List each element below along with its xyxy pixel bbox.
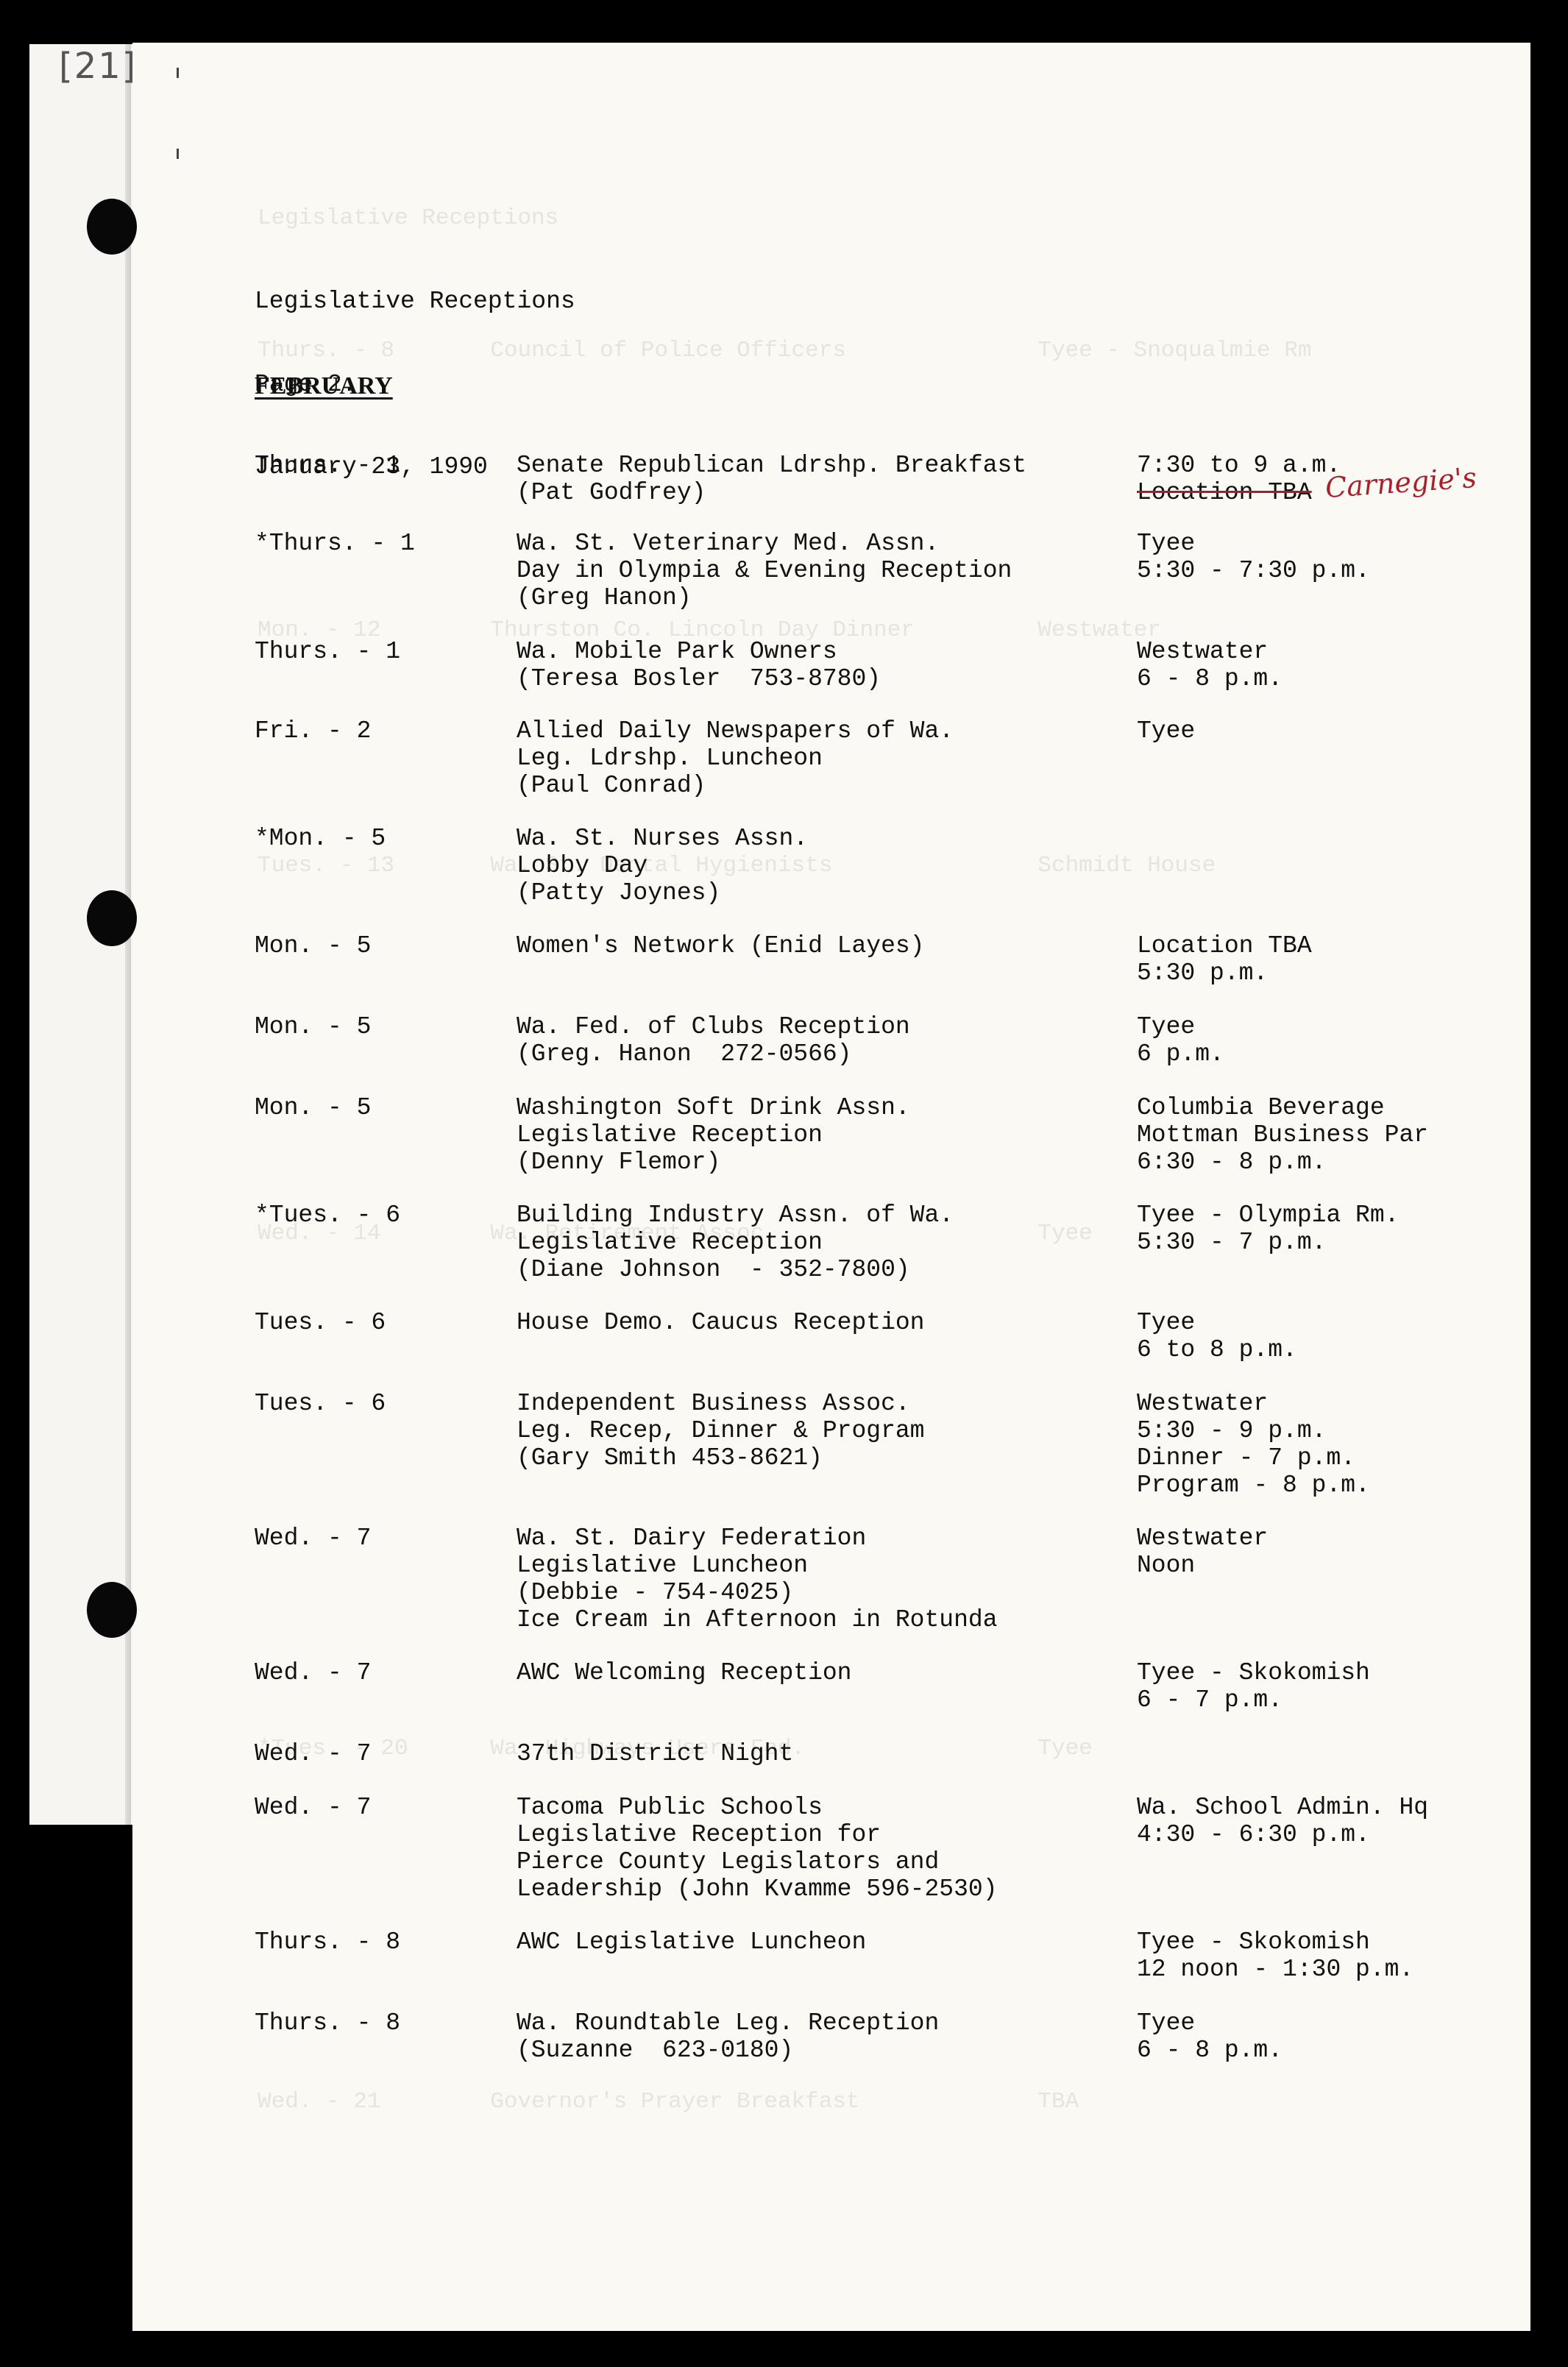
- location-line: Westwater: [1137, 1390, 1549, 1417]
- location-line: Noon: [1137, 1552, 1549, 1579]
- description-line: Tacoma Public Schools: [517, 1794, 1127, 1821]
- location-line: 6:30 - 8 p.m.: [1137, 1149, 1549, 1176]
- description-line: Independent Business Assoc.: [517, 1390, 1127, 1417]
- entry-description: Tacoma Public SchoolsLegislative Recepti…: [517, 1794, 1127, 1903]
- description-line: Leg. Recep, Dinner & Program: [517, 1417, 1127, 1444]
- entry-date: Wed. - 7: [255, 1740, 505, 1767]
- margin-mark: [177, 149, 179, 159]
- location-line: 5:30 - 7:30 p.m.: [1137, 557, 1549, 584]
- location-line: 6 p.m.: [1137, 1040, 1549, 1068]
- description-line: Legislative Reception: [517, 1121, 1127, 1149]
- location-line: Location TBA: [1137, 932, 1549, 959]
- binder-hole: [87, 199, 137, 255]
- location-line: 5:30 p.m.: [1137, 959, 1549, 987]
- entry-date: Tues. - 6: [255, 1390, 505, 1417]
- description-line: Building Industry Assn. of Wa.: [517, 1202, 1127, 1229]
- description-line: Wa. St. Veterinary Med. Assn.: [517, 530, 1127, 557]
- entry-date: Thurs. - 8: [255, 1928, 505, 1956]
- description-line: 37th District Night: [517, 1740, 1127, 1767]
- entry-description: Washington Soft Drink Assn.Legislative R…: [517, 1094, 1127, 1176]
- description-line: Legislative Reception for: [517, 1821, 1127, 1848]
- description-line: Legislative Luncheon: [517, 1552, 1127, 1579]
- entry-location-time: Tyee - Skokomish12 noon - 1:30 p.m.: [1137, 1928, 1549, 1983]
- entry-date: Fri. - 2: [255, 717, 505, 745]
- description-line: Women's Network (Enid Layes): [517, 932, 1127, 959]
- month-heading: FEBRUARY: [255, 372, 393, 400]
- entry-location-time: WestwaterNoon: [1137, 1525, 1549, 1579]
- location-line: 6 - 7 p.m.: [1137, 1686, 1549, 1714]
- description-line: (Greg. Hanon 272-0566): [517, 1040, 1127, 1068]
- description-line: (Patty Joynes): [517, 879, 1127, 906]
- description-line: Wa. St. Dairy Federation: [517, 1525, 1127, 1552]
- description-line: (Teresa Bosler 753-8780): [517, 665, 1127, 692]
- entry-description: Wa. Roundtable Leg. Reception(Suzanne 62…: [517, 2009, 1127, 2064]
- location-line: Dinner - 7 p.m.: [1137, 1444, 1549, 1472]
- description-line: Senate Republican Ldrshp. Breakfast: [517, 452, 1127, 479]
- description-line: (Denny Flemor): [517, 1149, 1127, 1176]
- description-line: (Pat Godfrey): [517, 479, 1127, 506]
- entry-date: *Thurs. - 1: [255, 530, 505, 557]
- description-line: Wa. Roundtable Leg. Reception: [517, 2009, 1127, 2037]
- binder-hole: [87, 890, 137, 946]
- location-line: Columbia Beverage: [1137, 1094, 1549, 1121]
- entry-location-time: Columbia BeverageMottman Business Par6:3…: [1137, 1094, 1549, 1176]
- location-line: Tyee: [1137, 1013, 1549, 1040]
- show-through-text: Wed. - 21 Governor's Prayer Breakfast TB…: [258, 2088, 1079, 2115]
- entry-date: *Tues. - 6: [255, 1202, 505, 1229]
- entry-description: 37th District Night: [517, 1740, 1127, 1767]
- location-line: Westwater: [1137, 1525, 1549, 1552]
- location-line: Tyee - Olympia Rm.: [1137, 1202, 1549, 1229]
- entry-location-time: Tyee6 - 8 p.m.: [1137, 2009, 1549, 2064]
- description-line: Lobby Day: [517, 852, 1127, 879]
- description-line: Pierce County Legislators and: [517, 1848, 1127, 1875]
- entry-date: Mon. - 5: [255, 932, 505, 959]
- margin-mark: [177, 68, 179, 78]
- description-line: AWC Legislative Luncheon: [517, 1928, 1127, 1956]
- entry-location-time: Westwater6 - 8 p.m.: [1137, 638, 1549, 692]
- entry-description: Wa. Fed. of Clubs Reception(Greg. Hanon …: [517, 1013, 1127, 1068]
- description-line: Leg. Ldrshp. Luncheon: [517, 745, 1127, 772]
- description-line: House Demo. Caucus Reception: [517, 1309, 1127, 1336]
- entry-location-time: Tyee - Skokomish6 - 7 p.m.: [1137, 1659, 1549, 1714]
- location-line: 12 noon - 1:30 p.m.: [1137, 1956, 1549, 1983]
- location-line: 6 to 8 p.m.: [1137, 1336, 1549, 1363]
- entry-date: Mon. - 5: [255, 1094, 505, 1121]
- description-line: Allied Daily Newspapers of Wa.: [517, 717, 1127, 745]
- location-line: Wa. School Admin. Hq: [1137, 1794, 1549, 1821]
- entry-location-time: Tyee6 p.m.: [1137, 1013, 1549, 1068]
- location-line: Program - 8 p.m.: [1137, 1472, 1549, 1499]
- description-line: (Debbie - 754-4025): [517, 1579, 1127, 1606]
- location-line: Tyee: [1137, 717, 1549, 745]
- description-line: Legislative Reception: [517, 1229, 1127, 1256]
- entry-description: Wa. St. Dairy FederationLegislative Lunc…: [517, 1525, 1127, 1633]
- entry-location-time: Tyee5:30 - 7:30 p.m.: [1137, 530, 1549, 584]
- location-line: 6 - 8 p.m.: [1137, 2037, 1549, 2064]
- entry-description: Building Industry Assn. of Wa.Legislativ…: [517, 1202, 1127, 1283]
- entry-date: Thurs. - 8: [255, 2009, 505, 2037]
- location-line: Tyee - Skokomish: [1137, 1928, 1549, 1956]
- description-line: Ice Cream in Afternoon in Rotunda: [517, 1606, 1127, 1633]
- entry-location-time: Tyee6 to 8 p.m.: [1137, 1309, 1549, 1363]
- location-line: Tyee: [1137, 530, 1549, 557]
- entry-description: Wa. Mobile Park Owners(Teresa Bosler 753…: [517, 638, 1127, 692]
- entry-description: AWC Welcoming Reception: [517, 1659, 1127, 1686]
- entry-location-time: Tyee: [1137, 717, 1549, 745]
- entry-date: Thurs. - 1: [255, 638, 505, 665]
- binder-hole: [87, 1582, 137, 1638]
- description-line: Washington Soft Drink Assn.: [517, 1094, 1127, 1121]
- description-line: AWC Welcoming Reception: [517, 1659, 1127, 1686]
- location-line: Mottman Business Par: [1137, 1121, 1549, 1149]
- description-line: Leadership (John Kvamme 596-2530): [517, 1875, 1127, 1903]
- description-line: (Diane Johnson - 352-7800): [517, 1256, 1127, 1283]
- description-line: Day in Olympia & Evening Reception: [517, 557, 1127, 584]
- entry-description: Women's Network (Enid Layes): [517, 932, 1127, 959]
- entry-date: Wed. - 7: [255, 1525, 505, 1552]
- location-line: 5:30 - 9 p.m.: [1137, 1417, 1549, 1444]
- description-line: (Suzanne 623-0180): [517, 2037, 1127, 2064]
- entry-description: Allied Daily Newspapers of Wa.Leg. Ldrsh…: [517, 717, 1127, 799]
- entry-description: Wa. St. Nurses Assn.Lobby Day(Patty Joyn…: [517, 825, 1127, 906]
- description-line: Wa. St. Nurses Assn.: [517, 825, 1127, 852]
- location-line: 4:30 - 6:30 p.m.: [1137, 1821, 1549, 1848]
- entry-date: Thurs. - 1: [255, 452, 505, 479]
- description-line: Wa. Mobile Park Owners: [517, 638, 1127, 665]
- show-through-text: Legislative Receptions: [258, 205, 558, 232]
- location-line: 6 - 8 p.m.: [1137, 665, 1549, 692]
- entry-description: AWC Legislative Luncheon: [517, 1928, 1127, 1956]
- location-line: 5:30 - 7 p.m.: [1137, 1229, 1549, 1256]
- entry-date: Wed. - 7: [255, 1794, 505, 1821]
- entry-date: Mon. - 5: [255, 1013, 505, 1040]
- document-title: Legislative Receptions: [255, 288, 575, 316]
- location-line: Tyee: [1137, 2009, 1549, 2037]
- entry-location-time: Wa. School Admin. Hq4:30 - 6:30 p.m.: [1137, 1794, 1549, 1848]
- entry-description: Senate Republican Ldrshp. Breakfast(Pat …: [517, 452, 1127, 506]
- entry-location-time: Tyee - Olympia Rm.5:30 - 7 p.m.: [1137, 1202, 1549, 1256]
- entry-date: Tues. - 6: [255, 1309, 505, 1336]
- location-line: Tyee: [1137, 1309, 1549, 1336]
- description-line: Wa. Fed. of Clubs Reception: [517, 1013, 1127, 1040]
- location-line: Tyee - Skokomish: [1137, 1659, 1549, 1686]
- entry-location-time: Location TBA5:30 p.m.: [1137, 932, 1549, 987]
- entry-date: Wed. - 7: [255, 1659, 505, 1686]
- description-line: (Paul Conrad): [517, 772, 1127, 799]
- entry-description: Independent Business Assoc.Leg. Recep, D…: [517, 1390, 1127, 1472]
- location-line: Westwater: [1137, 638, 1549, 665]
- entry-description: House Demo. Caucus Reception: [517, 1309, 1127, 1336]
- description-line: (Gary Smith 453-8621): [517, 1444, 1127, 1472]
- archive-sheet-number: [21]: [59, 46, 138, 87]
- entry-location-time: Westwater5:30 - 9 p.m.Dinner - 7 p.m.Pro…: [1137, 1390, 1549, 1499]
- entry-date: *Mon. - 5: [255, 825, 505, 852]
- entry-description: Wa. St. Veterinary Med. Assn.Day in Olym…: [517, 530, 1127, 611]
- description-line: (Greg Hanon): [517, 584, 1127, 611]
